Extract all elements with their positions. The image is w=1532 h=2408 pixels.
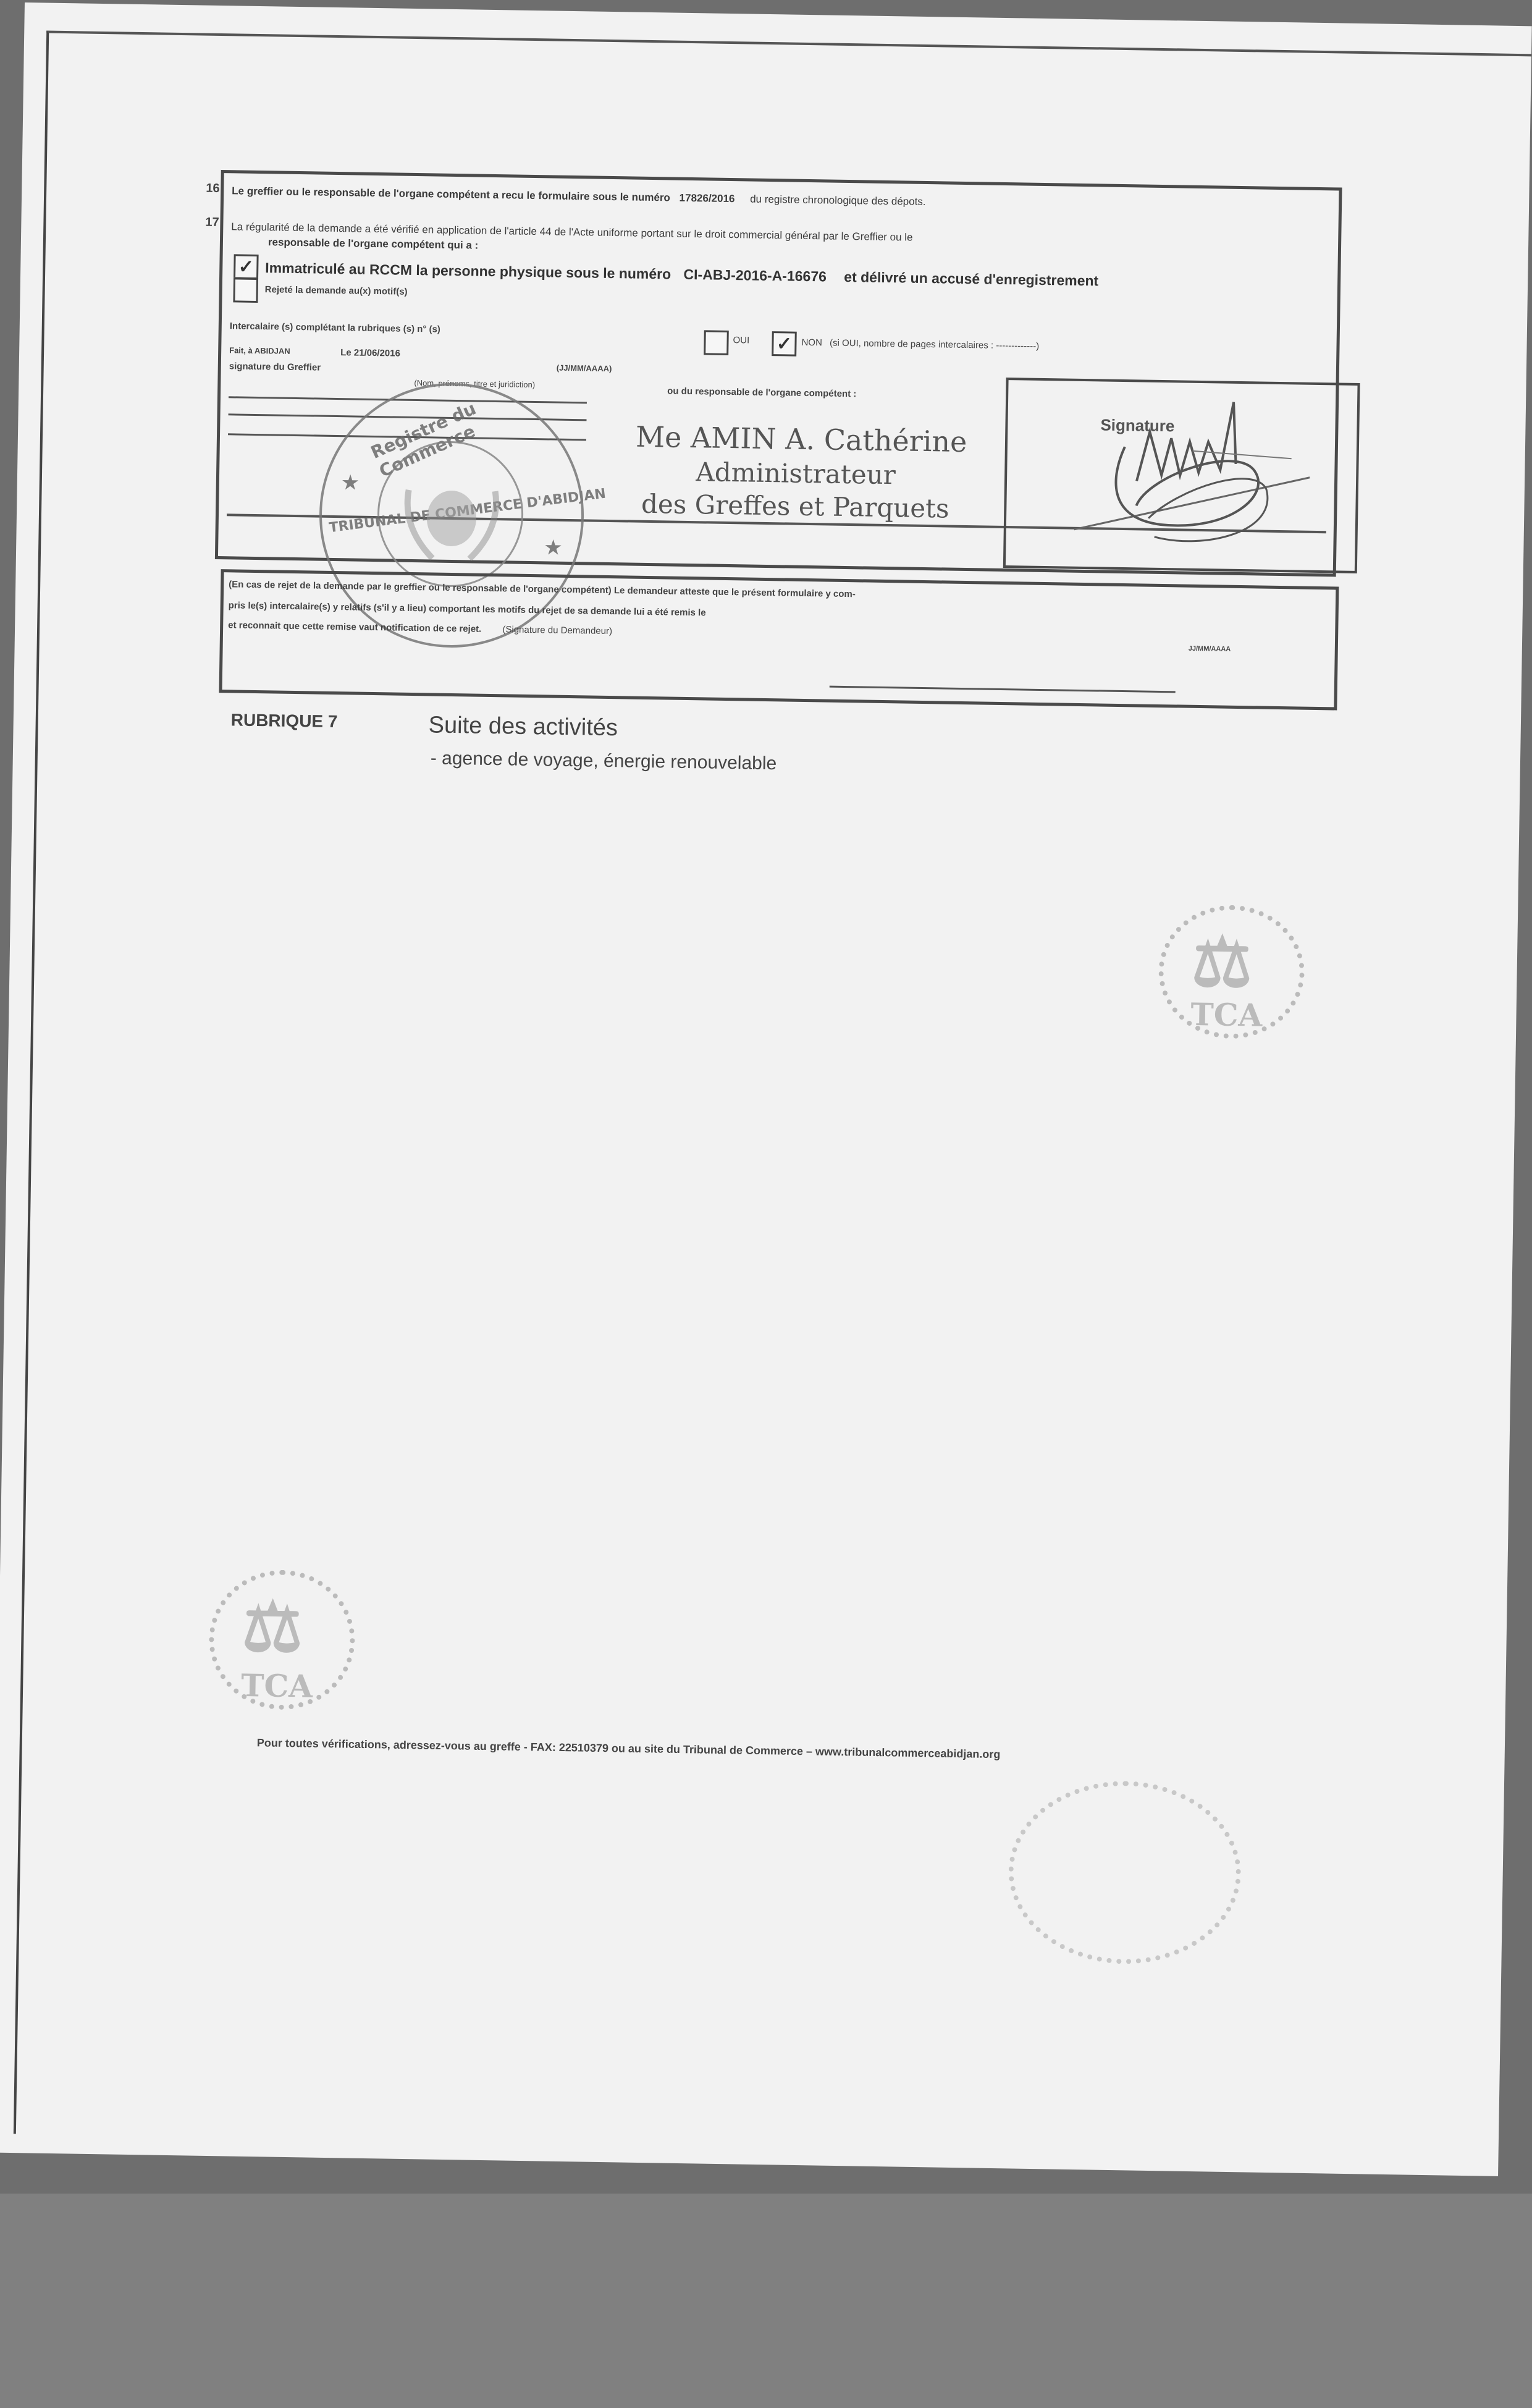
official-name: Me AMIN A. Cathérine	[636, 420, 958, 458]
check-icon: ✓	[777, 333, 793, 355]
official-title: Administrateur	[635, 456, 957, 491]
rubrique-title: Suite des activités	[428, 712, 618, 741]
coat-of-arms-icon	[395, 459, 508, 572]
row-number-16: 16	[206, 182, 220, 196]
seal-star-icon: ★	[341, 470, 360, 495]
place-label: Fait, à ABIDJAN	[229, 345, 290, 356]
rejection-date-format: JJ/MM/AAAA	[1189, 645, 1231, 653]
seal-star-icon: ★	[544, 535, 563, 560]
non-label-text: NON	[801, 337, 822, 349]
row-number-17: 17	[205, 216, 219, 230]
scales-of-justice-icon: ⚖	[242, 1587, 304, 1668]
rccm-number: CI-ABJ-2016-A-16676	[683, 266, 827, 285]
registry-number: 17826/2016	[679, 192, 734, 205]
checkbox-rejected[interactable]	[233, 277, 258, 303]
row16-suffix: du registre chronologique des dépots.	[750, 193, 926, 207]
checkbox-non[interactable]: ✓	[772, 331, 797, 357]
watermark-initials: TCA	[241, 1667, 313, 1705]
date-label: Le 21/06/2016	[340, 347, 400, 359]
watermark-initials: TCA	[1190, 996, 1263, 1034]
scanned-page: 16 Le greffier ou le responsable de l'or…	[0, 2, 1532, 2176]
official-title-2: des Greffes et Parquets	[634, 489, 956, 524]
checkbox-oui[interactable]	[704, 330, 729, 355]
greffier-signature-label: signature du Greffier	[229, 361, 321, 373]
handwritten-signature	[1043, 387, 1342, 552]
demandeur-signature-label: (Signature du Demandeur)	[502, 624, 612, 636]
signature-box[interactable]: Signature	[1003, 378, 1360, 573]
check-icon: ✓	[238, 256, 254, 277]
checkbox-registered[interactable]: ✓	[234, 254, 259, 279]
scales-of-justice-icon: ⚖	[1191, 922, 1253, 1003]
registered-label-suffix: et délivré un accusé d'enregistrement	[844, 269, 1098, 289]
oui-label: OUI	[733, 335, 749, 345]
rubrique-label: RUBRIQUE 7	[231, 710, 338, 732]
official-name-stamp: Me AMIN A. Cathérine Administrateur des …	[634, 420, 957, 524]
rejected-label: Rejeté la demande au(x) motif(s)	[265, 284, 408, 297]
